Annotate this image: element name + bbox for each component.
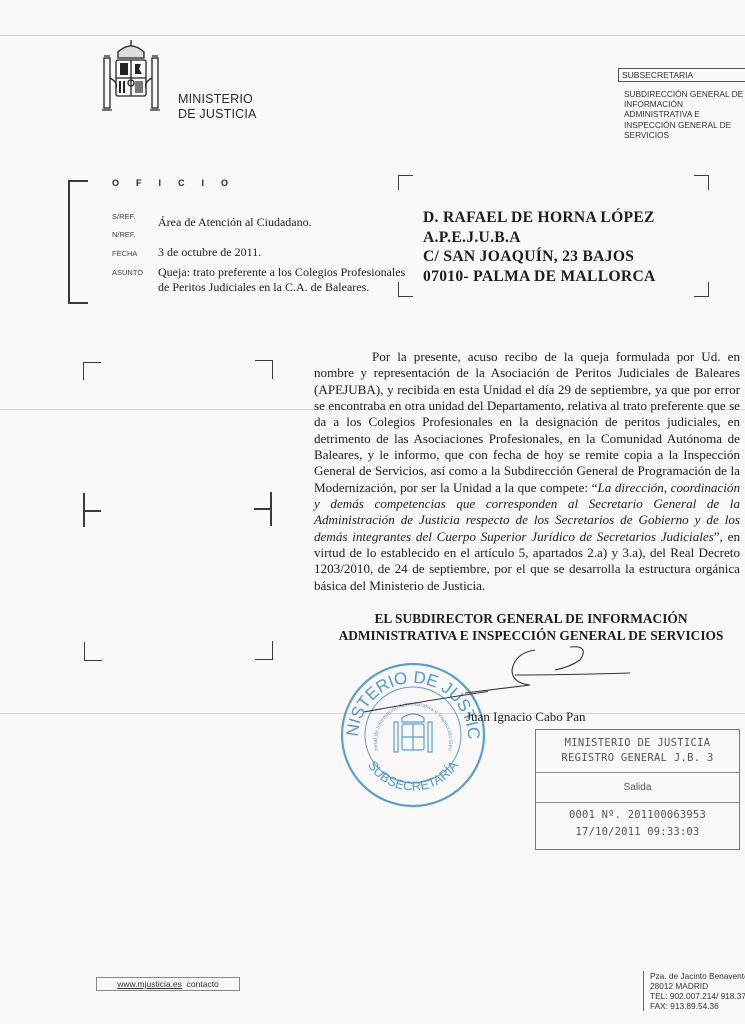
ministry-name: MINISTERIO DE JUSTICIA — [178, 92, 257, 122]
coat-of-arms-icon — [100, 38, 162, 118]
recipient-org: A.P.E.J.U.B.A — [423, 228, 656, 248]
unit-line: ADMINISTRATIVA E — [624, 109, 745, 119]
address-line: 28012 MADRID — [650, 981, 745, 991]
ministry-line-1: MINISTERIO — [178, 92, 257, 107]
sref-label: S/REF. — [112, 212, 135, 221]
window-corner — [694, 175, 709, 190]
margin-mark — [255, 360, 273, 379]
address-line: Pza. de Jacinto Benavente — [650, 971, 745, 981]
window-corner — [398, 175, 413, 190]
window-corner — [398, 282, 413, 297]
date-value: 3 de octubre de 2011. — [158, 245, 261, 260]
margin-mark — [254, 508, 271, 510]
website-link[interactable]: www.mjusticia.es — [117, 979, 182, 989]
registry-direction: Salida — [536, 773, 739, 802]
subject-label: ASUNTO — [112, 268, 143, 277]
registry-number: 0001 Nº. 201100063953 — [536, 807, 739, 824]
unit-line: SERVICIOS — [624, 130, 745, 140]
signer-title: EL SUBDIRECTOR GENERAL DE INFORMACIÓN AD… — [316, 610, 745, 644]
window-corner — [694, 282, 709, 297]
address-line: TEL: 902.007.214/ 918.37 — [650, 991, 745, 1001]
oficio-title: OFICIO — [112, 178, 245, 188]
unit-line: SUBDIRECCIÓN GENERAL DE — [624, 89, 745, 99]
margin-mark — [255, 641, 273, 660]
recipient-address: D. RAFAEL DE HORNA LÓPEZ A.P.E.J.U.B.A C… — [423, 208, 656, 286]
registry-line2: REGISTRO GENERAL J.B. 3 — [536, 751, 739, 766]
sref-value: Área de Atención al Ciudadano. — [158, 215, 312, 230]
contact-link[interactable]: contacto — [187, 979, 219, 989]
registry-datetime: 17/10/2011 09:33:03 — [536, 824, 739, 841]
recipient-name: D. RAFAEL DE HORNA LÓPEZ — [423, 208, 656, 228]
subject-value-line2: de Peritos Judiciales en la C.A. de Bale… — [158, 280, 369, 295]
margin-mark — [83, 362, 101, 380]
margin-mark — [84, 510, 101, 512]
signer-title-line2: ADMINISTRATIVA E INSPECCIÓN GENERAL DE S… — [316, 627, 745, 644]
unit-box: SUBSECRETARIA — [618, 68, 745, 82]
signature-scribble-icon — [420, 645, 650, 705]
signer-name: Juan Ignacio Cabo Pan — [466, 709, 586, 725]
subject-value-line1: Queja: trato preferente a los Colegios P… — [158, 265, 405, 280]
body-paragraph: Por la presente, acuso recibo de la quej… — [314, 349, 740, 594]
oficio-bracket — [68, 180, 88, 304]
recipient-street: C/ SAN JOAQUÍN, 23 BAJOS — [423, 247, 656, 267]
margin-mark — [84, 642, 102, 661]
unit-line: INSPECCIÓN GENERAL DE — [624, 120, 745, 130]
letter-body: Por la presente, acuso recibo de la quej… — [314, 349, 740, 594]
footer-web-box: www.mjusticia.es contacto — [96, 977, 240, 991]
date-label: FECHA — [112, 249, 137, 258]
ministry-line-2: DE JUSTICIA — [178, 107, 257, 122]
body-text-part1: Por la presente, acuso recibo de la quej… — [314, 349, 740, 495]
registry-stamp: MINISTERIO DE JUSTICIA REGISTRO GENERAL … — [535, 729, 740, 850]
address-line: FAX: 913.89.54.36 — [650, 1001, 745, 1011]
nref-label: N/REF. — [112, 230, 136, 239]
unit-line: INFORMACIÓN — [624, 99, 745, 109]
registry-line1: MINISTERIO DE JUSTICIA — [536, 736, 739, 751]
svg-text:SUBSECRETARÍA: SUBSECRETARÍA — [365, 758, 461, 794]
paper-fold — [0, 35, 745, 36]
footer-address: Pza. de Jacinto Benavente 28012 MADRID T… — [643, 971, 745, 1011]
unit-name: SUBDIRECCIÓN GENERAL DE INFORMACIÓN ADMI… — [624, 89, 745, 140]
signer-title-line1: EL SUBDIRECTOR GENERAL DE INFORMACIÓN — [316, 610, 745, 627]
recipient-city: 07010- PALMA DE MALLORCA — [423, 267, 656, 287]
